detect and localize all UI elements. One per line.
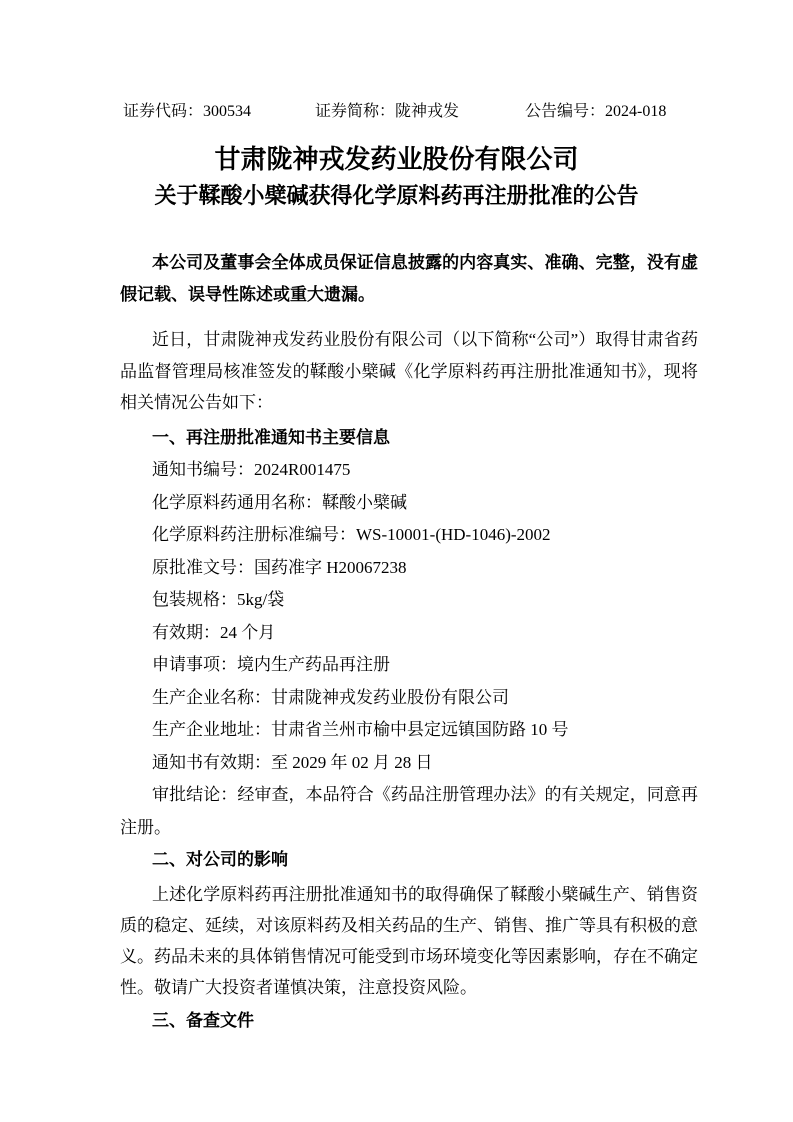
board-guarantee-statement: 本公司及董事会全体成员保证信息披露的内容真实、准确、完整，没有虚假记载、误导性陈…	[120, 247, 698, 311]
impact-paragraph: 上述化学原料药再注册批准通知书的取得确保了鞣酸小檗碱生产、销售资质的稳定、延续，…	[120, 879, 698, 1003]
section2-heading: 二、对公司的影响	[120, 844, 698, 877]
notice-info-list: 通知书编号：2024R001475 化学原料药通用名称：鞣酸小檗碱 化学原料药注…	[120, 454, 698, 844]
announcement-number: 公告编号：2024-018	[525, 100, 666, 124]
intro-paragraph: 近日，甘肃陇神戎发药业股份有限公司（以下简称“公司”）取得甘肃省药品监督管理局核…	[120, 324, 698, 419]
list-item-notice-number: 通知书编号：2024R001475	[120, 454, 698, 487]
stock-code: 证券代码：300534	[123, 100, 251, 124]
stock-short-name: 证券简称：陇神戎发	[315, 100, 459, 124]
announcement-document-page: 证券代码：300534 证券简称：陇神戎发 公告编号：2024-018 甘肃陇神…	[0, 0, 793, 1122]
list-item-registration-standard-number: 化学原料药注册标准编号：WS-10001-(HD-1046)-2002	[120, 519, 698, 552]
list-item-application-item: 申请事项：境内生产药品再注册	[120, 649, 698, 682]
list-item-approval-conclusion: 审批结论：经审查，本品符合《药品注册管理办法》的有关规定，同意再注册。	[120, 779, 698, 844]
announcement-title: 关于鞣酸小檗碱获得化学原料药再注册批准的公告	[0, 181, 793, 211]
list-item-original-approval-number: 原批准文号：国药准字 H20067238	[120, 552, 698, 585]
section1-heading: 一、再注册批准通知书主要信息	[120, 422, 698, 454]
document-header: 证券代码：300534 证券简称：陇神戎发 公告编号：2024-018	[0, 100, 793, 124]
list-item-manufacturer-name: 生产企业名称：甘肃陇神戎发药业股份有限公司	[120, 682, 698, 715]
list-item-validity-period: 有效期：24 个月	[120, 617, 698, 650]
section3-heading: 三、备查文件	[120, 1005, 698, 1037]
list-item-package-spec: 包装规格：5kg/袋	[120, 584, 698, 617]
list-item-notice-validity: 通知书有效期：至 2029 年 02 月 28 日	[120, 747, 698, 780]
company-title: 甘肃陇神戎发药业股份有限公司	[0, 145, 793, 175]
list-item-manufacturer-address: 生产企业地址：甘肃省兰州市榆中县定远镇国防路 10 号	[120, 714, 698, 747]
list-item-generic-name: 化学原料药通用名称：鞣酸小檗碱	[120, 487, 698, 520]
